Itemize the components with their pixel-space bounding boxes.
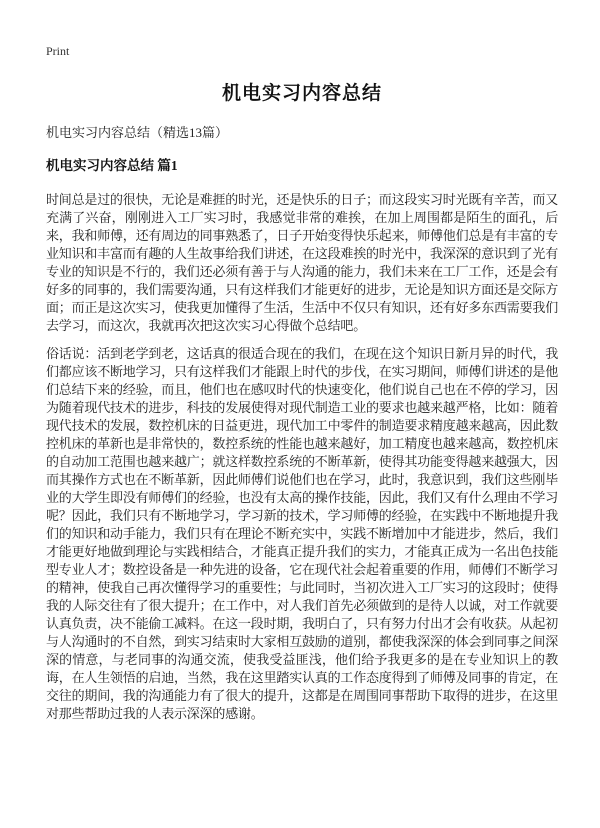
document-subtitle: 机电实习内容总结（精选13篇） — [46, 124, 558, 141]
body-paragraph-2: 俗话说：活到老学到老，这话真的很适合现在的我们，在现在这个知识日新月异的时代，我… — [46, 345, 558, 723]
section-heading-part-1: 机电实习内容总结 篇1 — [46, 157, 558, 174]
body-paragraph-1: 时间总是过的很快，无论是难捱的时光，还是快乐的日子；而这段实习时光既有辛苦，而又… — [46, 191, 558, 335]
page-title: 机电实习内容总结 — [46, 82, 558, 106]
print-button[interactable]: Print — [46, 44, 558, 58]
